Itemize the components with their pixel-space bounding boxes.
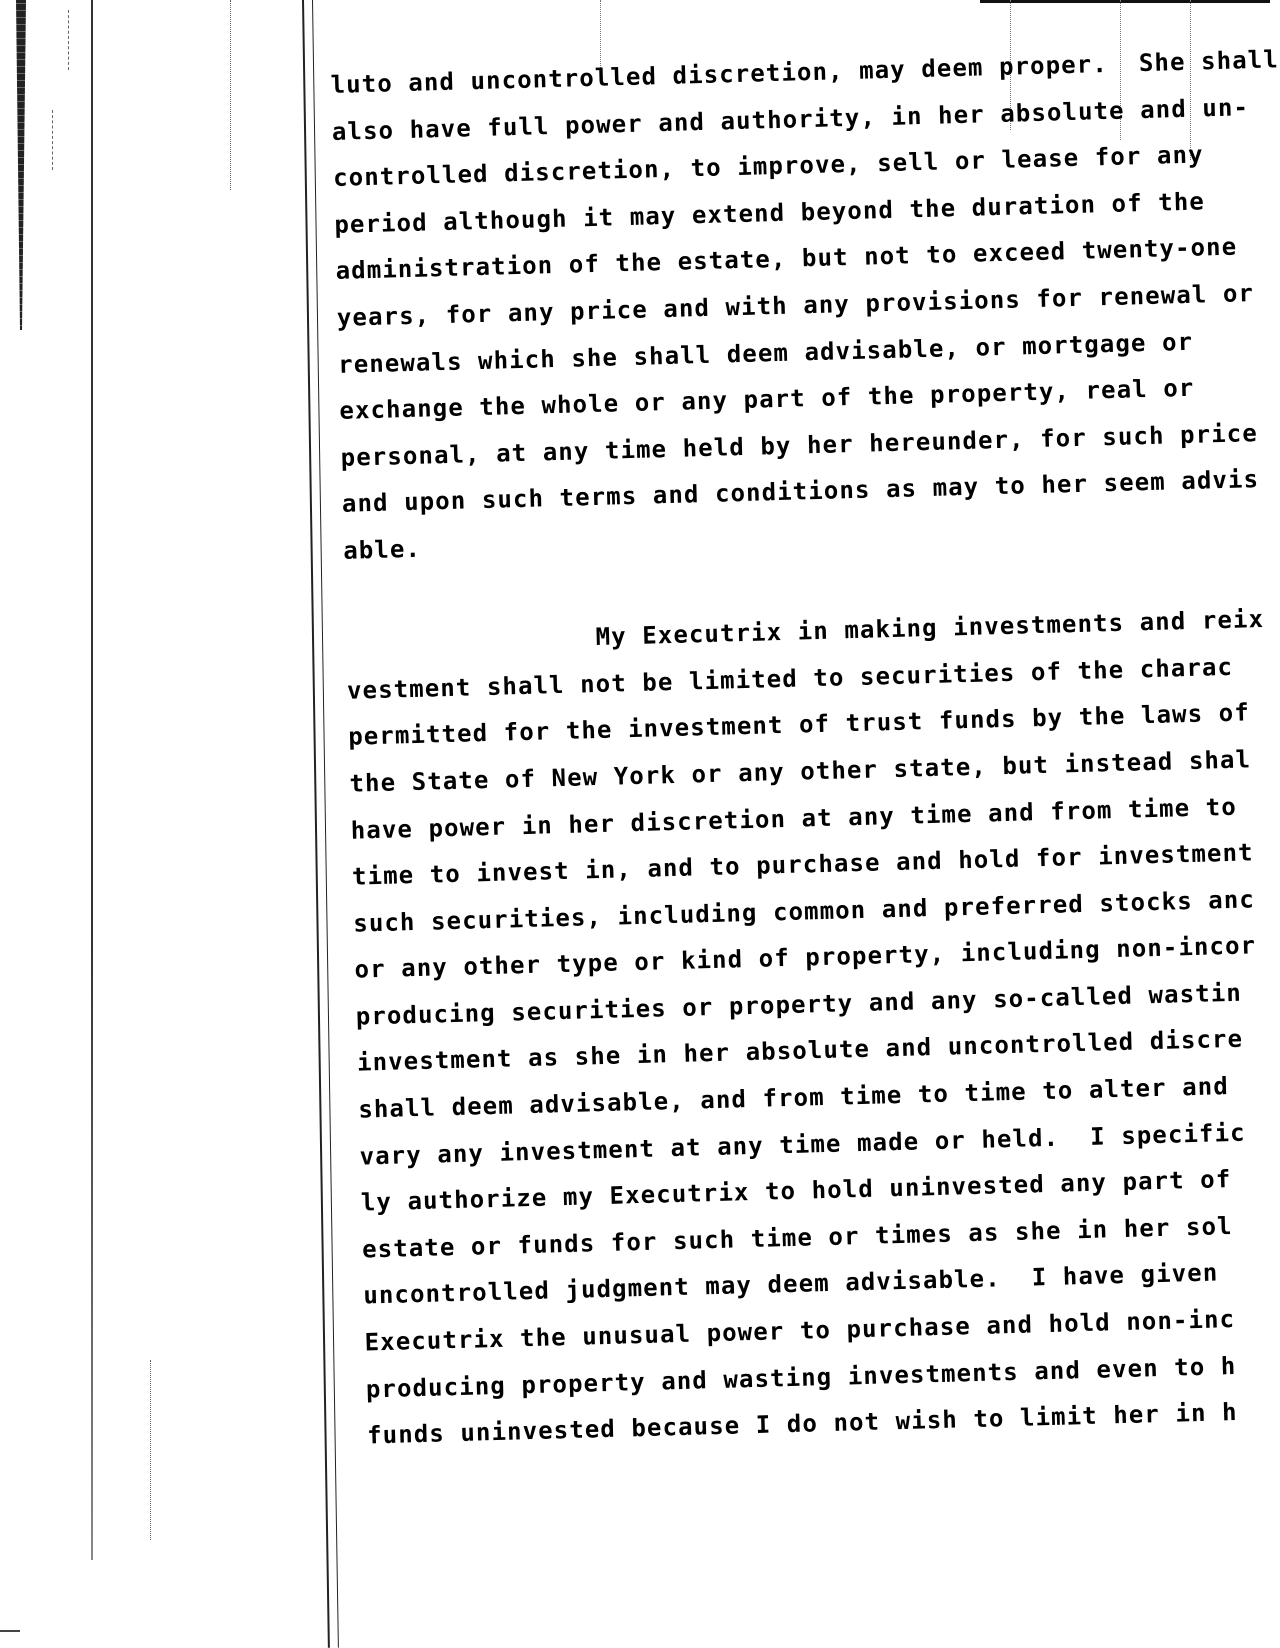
scan-noise — [230, 0, 231, 190]
binding-line — [91, 0, 93, 1560]
page-top-edge — [980, 0, 1270, 3]
paragraph-powers: luto and uncontrolled discretion, may de… — [330, 36, 1280, 574]
scan-edge-shadow — [16, 0, 26, 330]
scan-noise — [52, 110, 53, 170]
scan-noise — [68, 10, 69, 70]
scan-noise — [150, 1360, 151, 1540]
page-margin-rule — [302, 0, 339, 1648]
paragraph-investments: My Executrix in making investments and r… — [345, 595, 1280, 1459]
corner-mark — [0, 1630, 20, 1632]
document-body: luto and uncontrolled discretion, may de… — [330, 36, 1280, 1459]
